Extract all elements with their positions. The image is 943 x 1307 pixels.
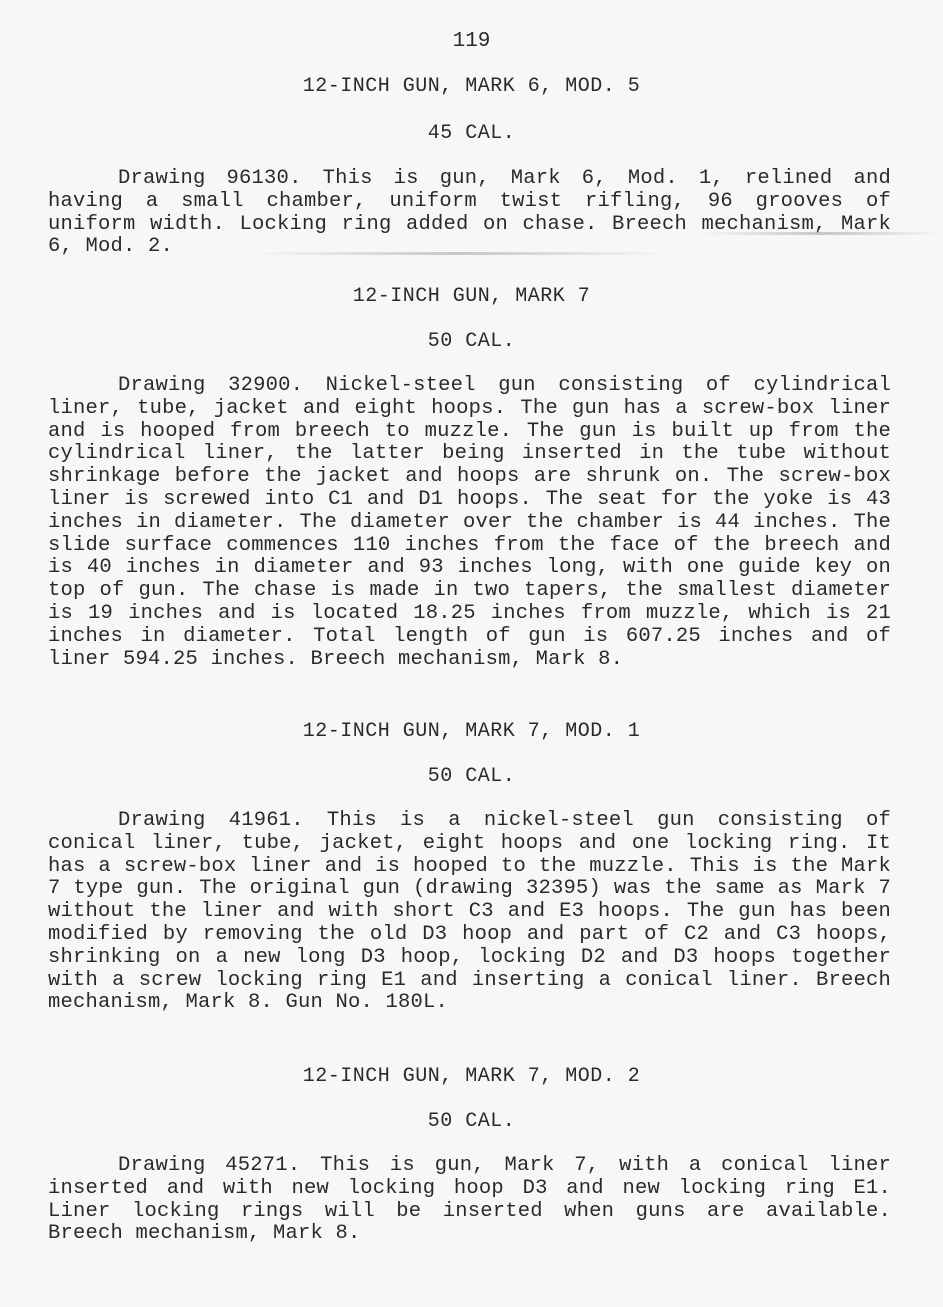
section-text: Drawing 41961. This is a nickel-steel gu… xyxy=(48,810,891,1015)
section-title: 12-INCH GUN, MARK 7, MOD. 2 xyxy=(0,1065,943,1088)
section-title: 12-INCH GUN, MARK 7 xyxy=(0,285,943,308)
section-caliber: 50 CAL. xyxy=(0,765,943,788)
scan-smudge xyxy=(700,232,943,235)
section-caliber: 45 CAL. xyxy=(0,122,943,145)
section-caliber: 50 CAL. xyxy=(0,330,943,353)
page-number: 119 xyxy=(0,30,943,53)
section-title: 12-INCH GUN, MARK 7, MOD. 1 xyxy=(0,720,943,743)
section-caliber: 50 CAL. xyxy=(0,1110,943,1133)
section-title: 12-INCH GUN, MARK 6, MOD. 5 xyxy=(0,75,943,98)
section-text: Drawing 96130. This is gun, Mark 6, Mod.… xyxy=(48,168,891,259)
section-text: Drawing 32900. Nickel-steel gun consisti… xyxy=(48,375,891,671)
section-text: Drawing 45271. This is gun, Mark 7, with… xyxy=(48,1155,891,1246)
scan-smudge xyxy=(250,252,670,255)
